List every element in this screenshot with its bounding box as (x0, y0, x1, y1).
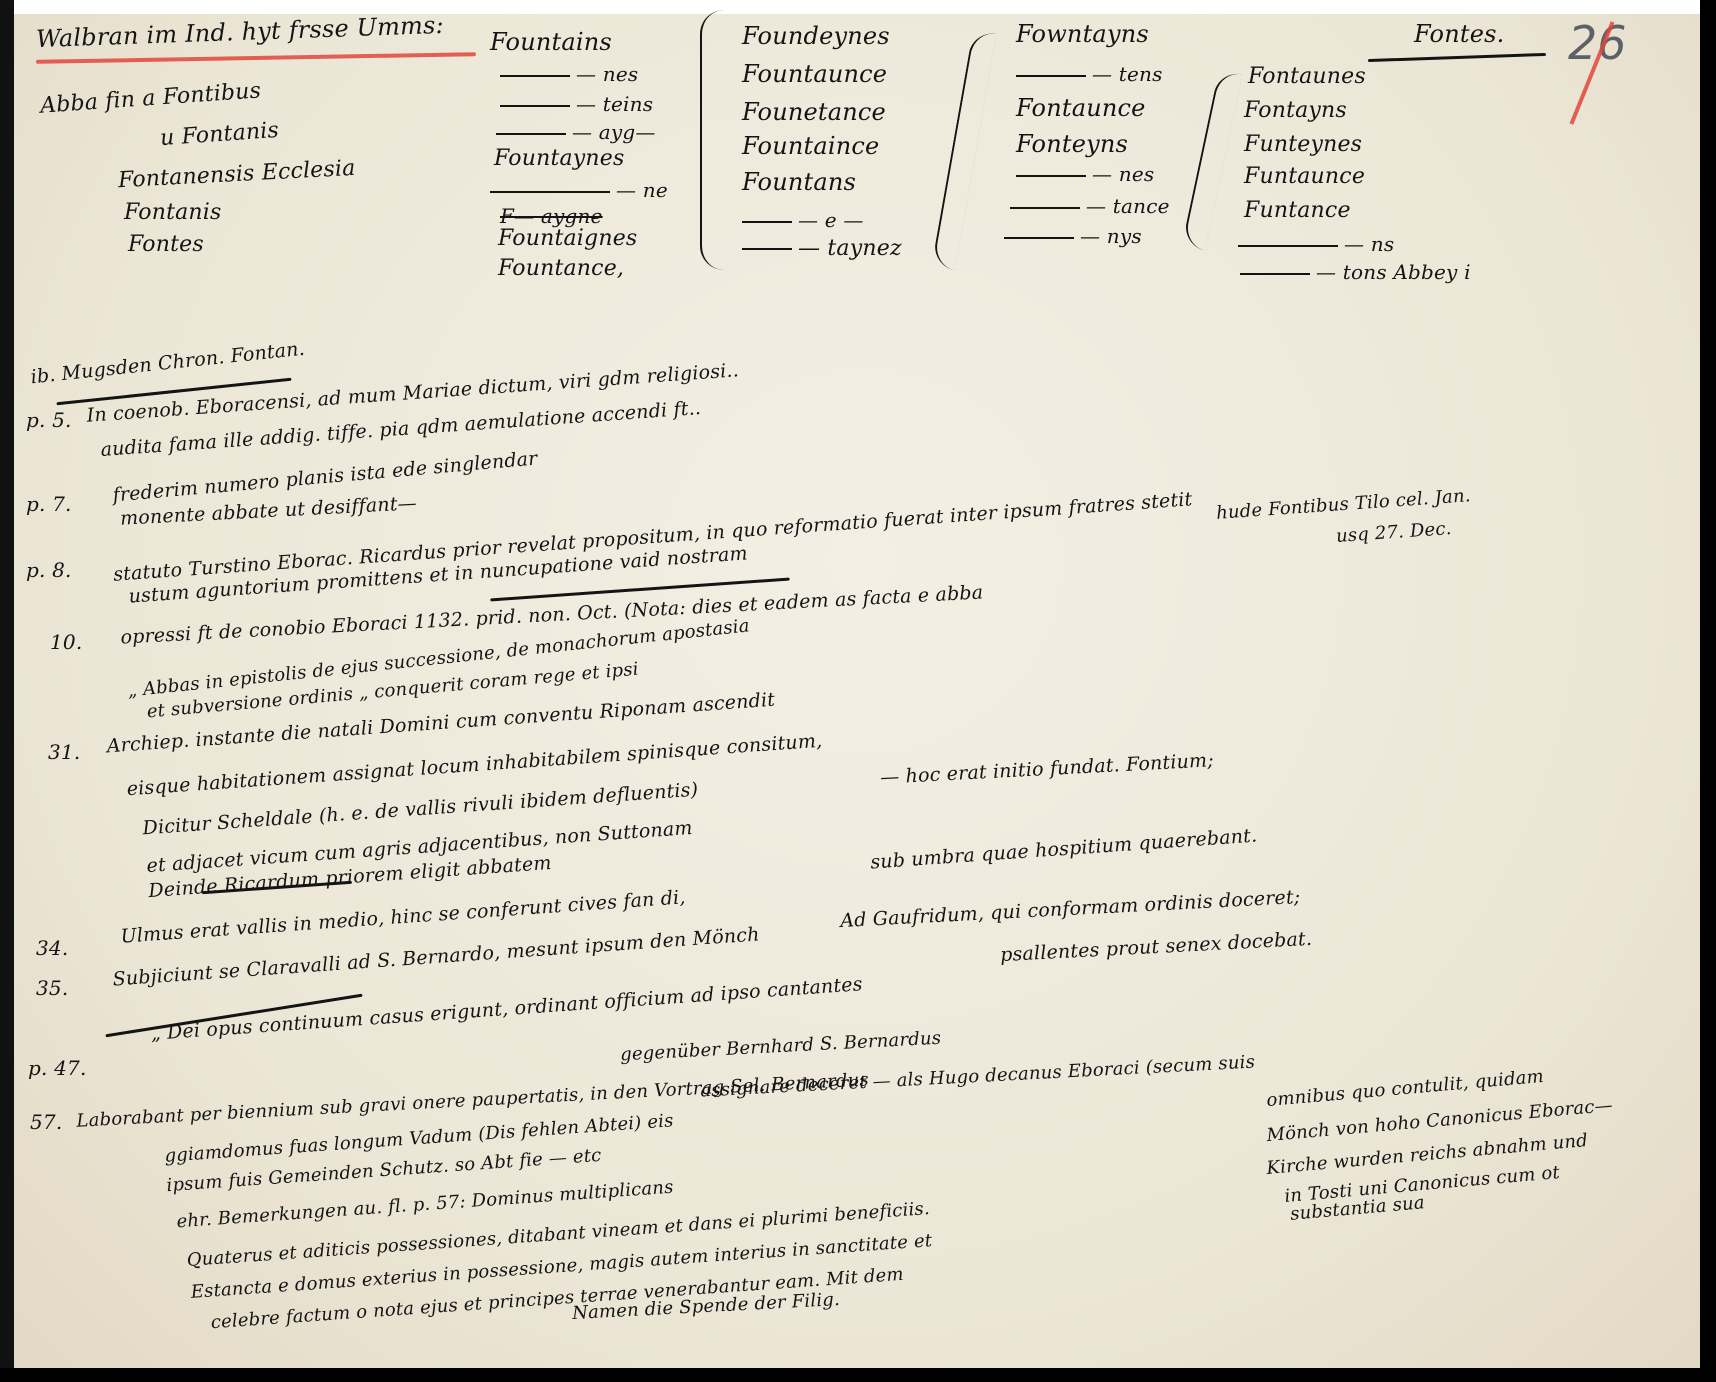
col2-line: Fountance, (498, 258, 624, 280)
col5-heading: Fontes. (1414, 22, 1504, 46)
col2-line: Fountains (490, 30, 612, 54)
col3-line: Fountaince (742, 134, 879, 158)
col2-line: — ayg— (496, 122, 656, 142)
col4-line: — tens (1016, 64, 1163, 84)
entry-ref: 31. (48, 742, 80, 762)
col4-line: Fonteyns (1016, 132, 1128, 156)
col1-line: Fontes (128, 234, 204, 256)
col5-line: Funtaunce (1244, 166, 1365, 188)
col2-line: — ne (490, 180, 668, 200)
col4-line: — nes (1016, 164, 1154, 184)
entry-ref: 57. (30, 1112, 62, 1132)
col5-line: Fontayns (1244, 100, 1347, 122)
col2-line: Fountaynes (494, 148, 625, 170)
col3-line: — e — (742, 210, 864, 230)
entry-ref: 34. (36, 938, 68, 958)
col1-line: Fontanis (124, 202, 222, 224)
col5-line: Funteynes (1244, 134, 1362, 156)
col3-line: Foundeynes (742, 24, 890, 48)
bracket (700, 10, 724, 270)
col3-line: — taynez (742, 238, 902, 260)
col5-line: — tons Abbey i (1240, 262, 1471, 282)
col3-line: Founetance (742, 100, 886, 124)
entry-ref: 10. (50, 632, 82, 652)
col2-line-struck: F— aygne (500, 206, 603, 226)
entry-ref: p. 5. (26, 410, 72, 430)
col2-line: Fountaignes (498, 228, 637, 250)
col5-line: Fontaunes (1248, 66, 1366, 88)
col4-line: Fowntayns (1016, 22, 1149, 46)
scan-right-edge (1700, 0, 1716, 1382)
entry-ref: p. 47. (28, 1058, 87, 1078)
col2-line: — teins (500, 94, 653, 114)
col4-line: — tance (1010, 196, 1170, 216)
col4-line: Fontaunce (1016, 96, 1146, 120)
col3-line: Fountaunce (742, 62, 887, 86)
entry-ref: p. 8. (26, 560, 72, 580)
scan-left-edge (0, 0, 14, 1382)
col3-line: Fountans (742, 170, 856, 194)
scan-top-margin (0, 0, 1716, 14)
col5-line: Funtance (1244, 200, 1351, 222)
col2-line: — nes (500, 64, 638, 84)
col5-line: — ns (1238, 234, 1394, 254)
scan-bottom-edge (0, 1368, 1716, 1382)
entry-ref: p. 7. (26, 494, 72, 514)
entry-ref: 35. (36, 978, 68, 998)
col4-line: — nys (1004, 226, 1142, 246)
